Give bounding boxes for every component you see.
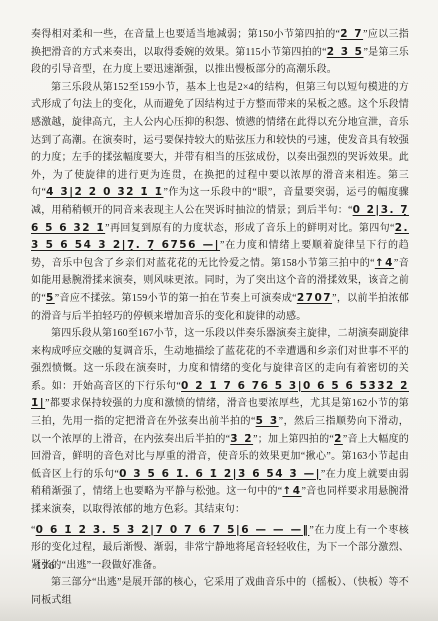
- jianpu-notation: 0 3 5 6 1̇. 6 1̇ 2̇|3̇ 6̇ 5̇4̇ 3̇ —|: [119, 468, 321, 480]
- page-number: 176: [36, 560, 56, 572]
- text-body: 奏得相对柔和一些，在音量上也要适当地减弱；第150小节第四拍的“2̇ 7”应以三…: [31, 26, 409, 610]
- text-run: 第三部分“出逃”是展开部的核心，它采用了戏曲音乐中的（摇板）、（快板）等不同板式…: [31, 577, 409, 606]
- jianpu-notation: 5̇ 3̇: [256, 415, 279, 427]
- text-run: 奏得相对柔和一些，在音量上也要适当地减弱；第150小节第四拍的“: [31, 29, 340, 40]
- paragraph: 第四乐段从第160至167小节，这一乐段以伴奏乐器演奏主旋律，二胡演奏副旋律来构…: [31, 325, 409, 519]
- jianpu-notation: ↑4: [282, 485, 301, 497]
- jianpu-notation: 5̇: [46, 292, 55, 304]
- jianpu-notation: 4̇ 3̇|2̇ 2̇ 0 3̇2̇ 1̇ 1̇: [46, 186, 163, 198]
- jianpu-notation: 2̇ 7: [340, 28, 363, 40]
- text-run: ”；加上第四拍的“: [253, 434, 334, 445]
- jianpu-notation: 2̇707: [297, 292, 332, 304]
- jianpu-notation: 0 6 1̇ 2̇ 3̇. 5̇ 3̇ 2̇|7 0 7 6 7 5|6 — —…: [36, 524, 310, 536]
- text-run: ”再回复到原有的力度状态，形成了音乐上的鲜明对比。第四句“: [105, 223, 395, 234]
- jianpu-notation: 2̇: [334, 433, 343, 445]
- paragraph: 第三乐段从第152至159小节，基本上也是2×4的结构，但第三句以短句模进的方式…: [31, 79, 409, 325]
- paragraph: 奏得相对柔和一些，在音量上也要适当地减弱；第150小节第四拍的“2̇ 7”应以三…: [31, 26, 409, 79]
- jianpu-notation: 3̇ 2̇: [230, 433, 253, 445]
- book-page: 奏得相对柔和一些，在音量上也要适当地减弱；第150小节第四拍的“2̇ 7”应以三…: [0, 0, 438, 621]
- paragraph: “0 6 1̇ 2̇ 3̇. 5̇ 3̇ 2̇|7 0 7 6 7 5|6 — …: [31, 522, 409, 575]
- paragraph: 第三部分“出逃”是展开部的核心，它采用了戏曲音乐中的（摇板）、（快板）等不同板式…: [31, 574, 409, 609]
- jianpu-notation: ↑4: [375, 257, 394, 269]
- text-run: ”音应不揉弦。第159小节的第一拍在节奏上可演奏成“: [55, 293, 297, 304]
- jianpu-notation: 2̇ 3̇ 5̇: [327, 46, 364, 58]
- text-run: 第三乐段从第152至159小节，基本上也是2×4的结构，但第三句以短句模进的方式…: [31, 82, 409, 199]
